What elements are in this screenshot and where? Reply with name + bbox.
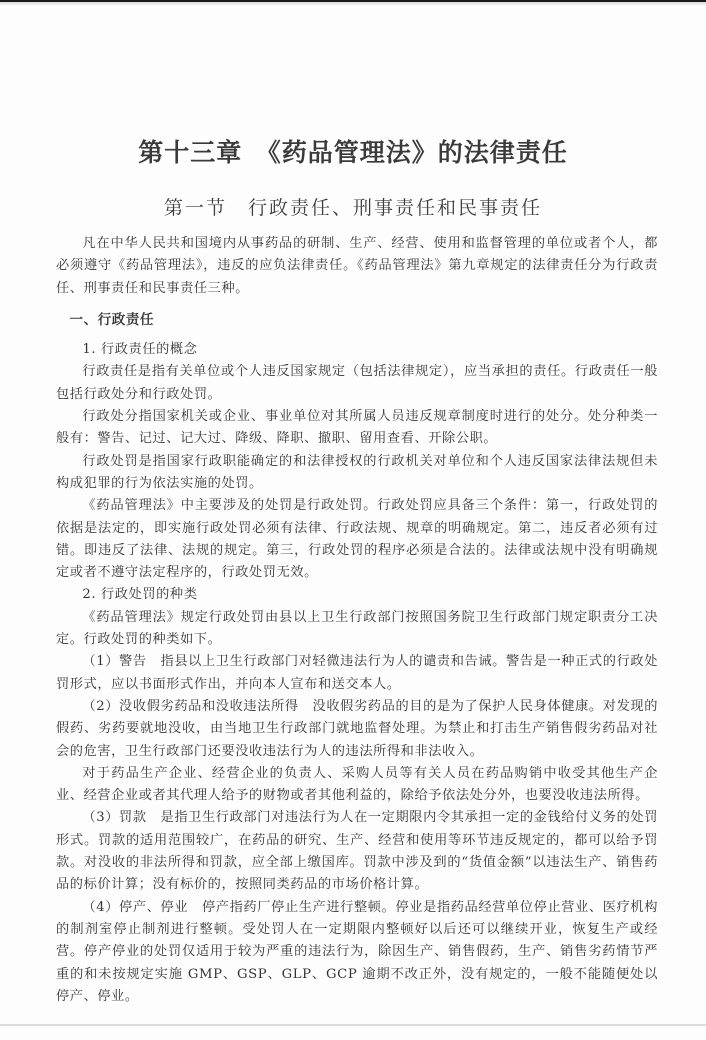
page-top-shadow bbox=[0, 2, 706, 6]
subheading-concept: 1. 行政责任的概念 bbox=[56, 339, 658, 361]
chapter-title: 第十三章 《药品管理法》的法律责任 bbox=[0, 137, 706, 169]
paragraph-warning: （1）警告 指县以上卫生行政部门对轻微违法行为人的谴责和告诫。警告是一种正式的行… bbox=[56, 651, 658, 696]
paragraph: 《药品管理法》规定行政处罚由县以上卫生行政部门按照国务院卫生行政部门规定职责分工… bbox=[56, 607, 658, 652]
paragraph: 对于药品生产企业、经营企业的负责人、采购人员等有关人员在药品购销中收受其他生产企… bbox=[56, 763, 658, 808]
paragraph: 《药品管理法》中主要涉及的处罚是行政处罚。行政处罚应具备三个条件：第一，行政处罚… bbox=[56, 495, 658, 584]
intro-paragraph: 凡在中华人民共和国境内从事药品的研制、生产、经营、使用和监督管理的单位或者个人，… bbox=[56, 233, 658, 300]
paragraph: 行政责任是指有关单位或个人违反国家规定（包括法律规定），应当承担的责任。行政责任… bbox=[56, 361, 658, 406]
scan-speck bbox=[516, 978, 518, 980]
paragraph-suspension: （4）停产、停业 停产指药厂停止生产进行整顿。停业是指药品经营单位停止营业、医疗… bbox=[56, 897, 658, 1008]
body-text: 凡在中华人民共和国境内从事药品的研制、生产、经营、使用和监督管理的单位或者个人，… bbox=[56, 233, 658, 1008]
section-title: 第一节 行政责任、刑事责任和民事责任 bbox=[0, 195, 706, 221]
paragraph: 行政处分指国家机关或企业、事业单位对其所属人员违反规章制度时进行的处分。处分种类… bbox=[56, 406, 658, 451]
paragraph-confiscation: （2）没收假劣药品和没收违法所得 没收假劣药品的目的是为了保护人民身体健康。对发… bbox=[56, 696, 658, 763]
paragraph: 行政处罚是指国家行政职能确定的和法律授权的行政机关对单位和个人违反国家法律法规但… bbox=[56, 451, 658, 496]
page-bottom-border bbox=[0, 1024, 706, 1026]
heading-administrative-liability: 一、行政责任 bbox=[56, 309, 658, 331]
scan-speck bbox=[634, 836, 636, 838]
subheading-penalty-types: 2. 行政处罚的种类 bbox=[56, 584, 658, 606]
paragraph-fine: （3）罚款 是指卫生行政部门对违法行为人在一定期限内令其承担一定的金钱给付义务的… bbox=[56, 807, 658, 896]
